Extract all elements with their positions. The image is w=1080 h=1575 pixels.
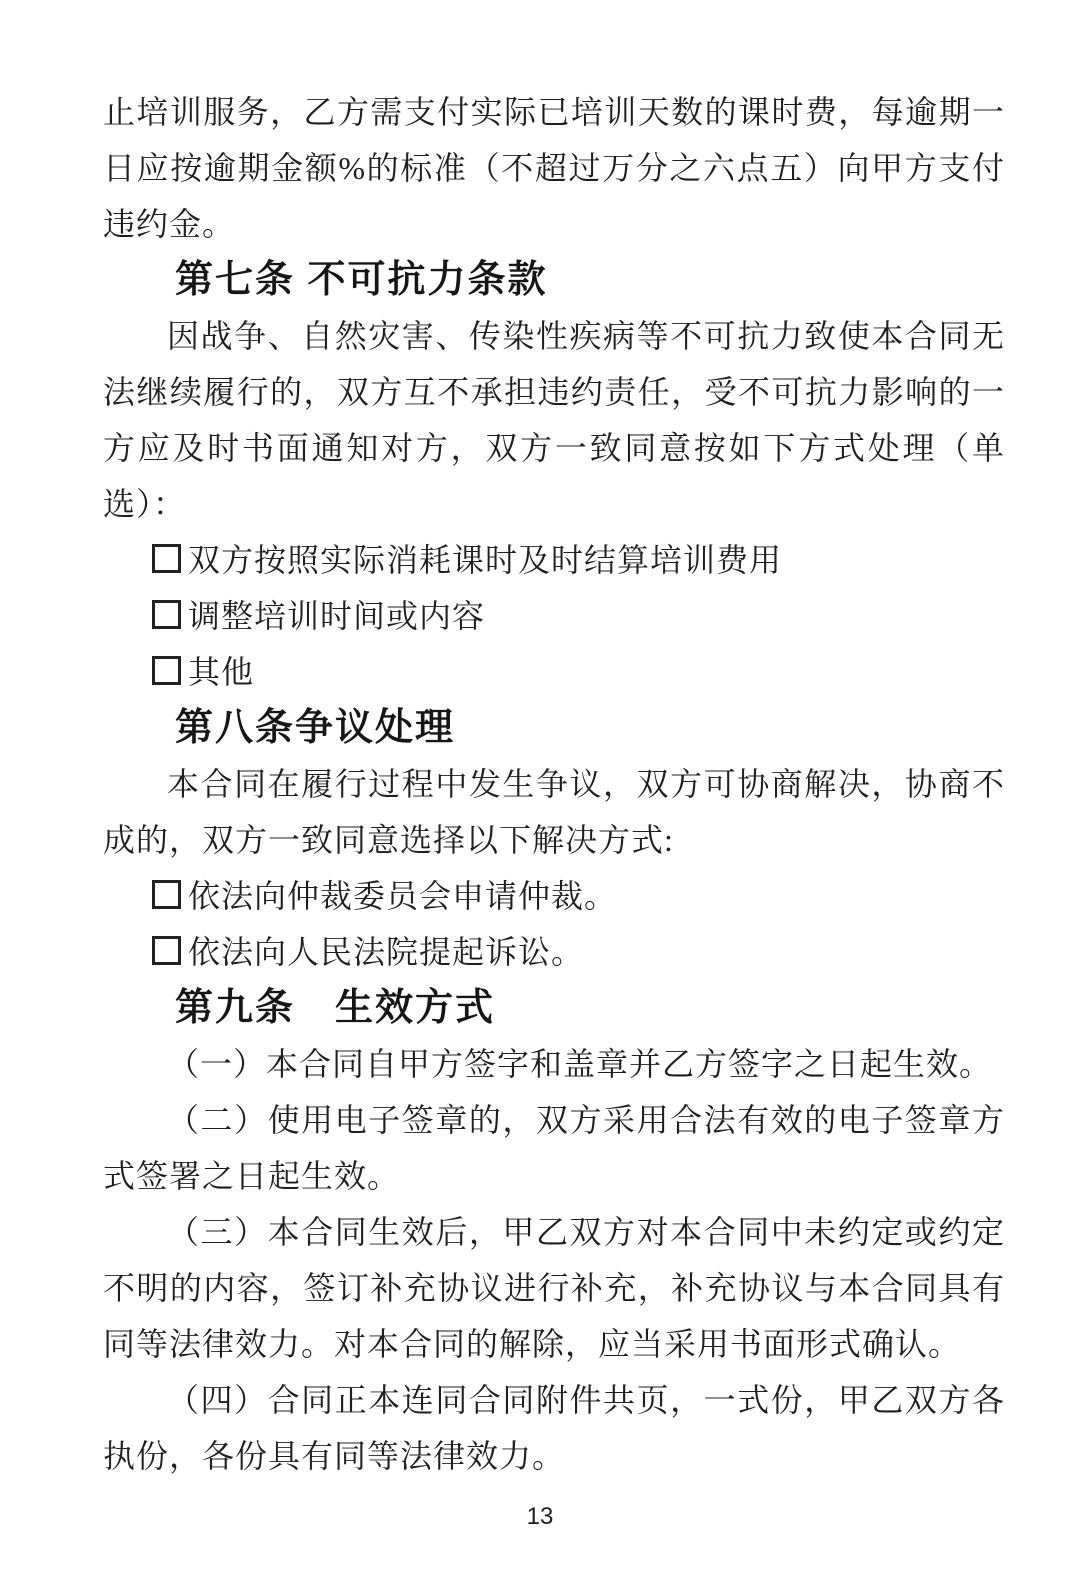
article-9-clause-4: （四）合同正本连同合同附件共页，一式份，甲乙双方各执份，各份具有同等法律效力。	[103, 1372, 1005, 1484]
article-8-body: 本合同在履行过程中发生争议，双方可协商解决，协商不成的，双方一致同意选择以下解决…	[103, 756, 1005, 868]
article-9-clause-2: （二）使用电子签章的，双方采用合法有效的电子签章方式签署之日起生效。	[103, 1092, 1005, 1204]
checkbox-icon	[152, 544, 181, 573]
option-label: 依法向仲裁委员会申请仲裁。	[188, 878, 617, 914]
contract-body: 止培训服务，乙方需支付实际已培训天数的课时费，每逾期一日应按逾期金额%的标准（不…	[103, 84, 1005, 1484]
option-label: 其他	[188, 654, 254, 690]
dispute-option-1: 依法向仲裁委员会申请仲裁。	[152, 868, 1005, 924]
force-majeure-option-2: 调整培训时间或内容	[152, 588, 1005, 644]
article-9-clause-1: （一）本合同自甲方签字和盖章并乙方签字之日起生效。	[103, 1036, 1005, 1092]
article-7-body: 因战争、自然灾害、传染性疾病等不可抗力致使本合同无法继续履行的，双方互不承担违约…	[103, 308, 1005, 532]
document-page: 止培训服务，乙方需支付实际已培训天数的课时费，每逾期一日应按逾期金额%的标准（不…	[0, 0, 1080, 1575]
force-majeure-option-1: 双方按照实际消耗课时及时结算培训费用	[152, 532, 1005, 588]
option-label: 依法向人民法院提起诉讼。	[188, 934, 584, 970]
option-label: 调整培训时间或内容	[188, 598, 485, 634]
dispute-option-2: 依法向人民法院提起诉讼。	[152, 924, 1005, 980]
checkbox-icon	[152, 936, 181, 965]
checkbox-icon	[152, 656, 181, 685]
force-majeure-option-3: 其他	[152, 644, 1005, 700]
checkbox-icon	[152, 600, 181, 629]
article-9-clause-3: （三）本合同生效后，甲乙双方对本合同中未约定或约定不明的内容，签订补充协议进行补…	[103, 1204, 1005, 1372]
option-label: 双方按照实际消耗课时及时结算培训费用	[188, 542, 782, 578]
intro-continuation-paragraph: 止培训服务，乙方需支付实际已培训天数的课时费，每逾期一日应按逾期金额%的标准（不…	[103, 84, 1005, 252]
article-7-heading: 第七条 不可抗力条款	[175, 252, 1005, 308]
checkbox-icon	[152, 880, 181, 909]
article-9-heading: 第九条 生效方式	[175, 980, 1005, 1036]
article-8-heading: 第八条争议处理	[175, 700, 1005, 756]
page-number: 13	[0, 1503, 1080, 1531]
